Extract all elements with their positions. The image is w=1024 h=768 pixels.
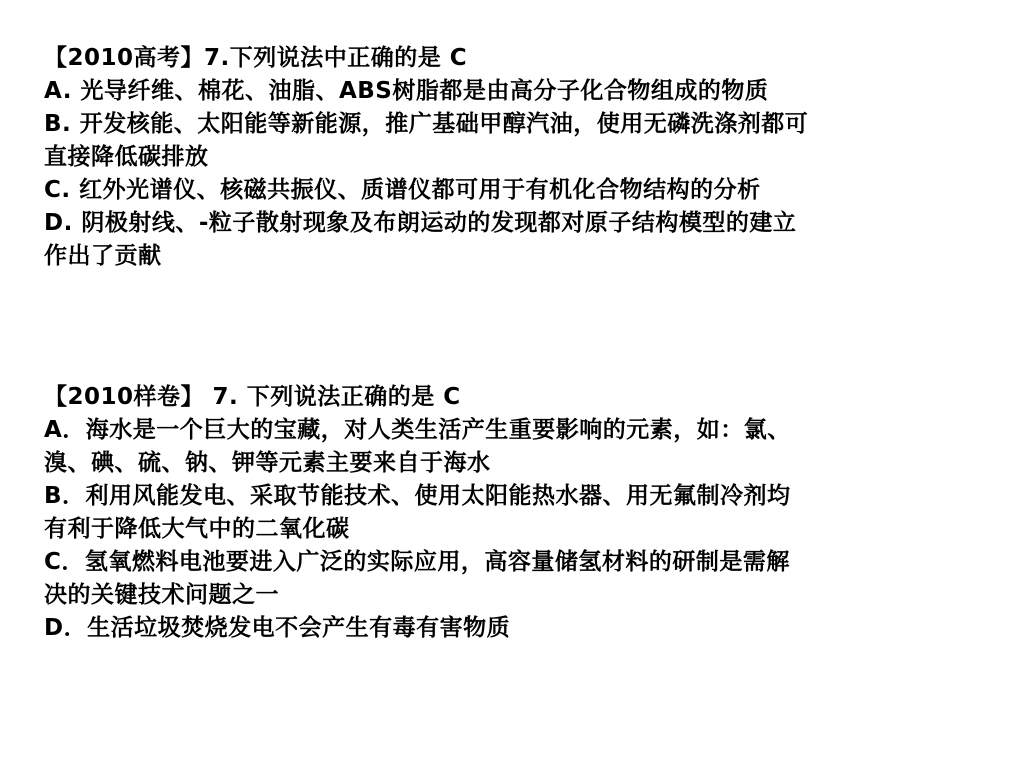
option-b-continued: 直接降低碳排放: [44, 141, 984, 174]
option-d: D. 阴极射线、-粒子散射现象及布朗运动的发现都对原子结构模型的建立: [44, 207, 984, 240]
option-b: B. 开发核能、太阳能等新能源，推广基础甲醇汽油，使用无磷洗涤剂都可: [44, 108, 984, 141]
option-a: A．海水是一个巨大的宝藏，对人类生活产生重要影响的元素，如：氯、: [44, 414, 984, 447]
question-header: 【2010样卷】 7. 下列说法正确的是 C: [44, 381, 984, 414]
option-c-continued: 决的关键技术问题之一: [44, 579, 984, 612]
option-c: C．氢氧燃料电池要进入广泛的实际应用，高容量储氢材料的研制是需解: [44, 546, 984, 579]
option-b-continued: 有利于降低大气中的二氧化碳: [44, 513, 984, 546]
option-d: D．生活垃圾焚烧发电不会产生有毒有害物质: [44, 612, 984, 645]
question-header: 【2010高考】7.下列说法中正确的是 C: [44, 42, 984, 75]
option-c: C. 红外光谱仪、核磁共振仪、质谱仪都可用于有机化合物结构的分析: [44, 174, 984, 207]
option-b: B．利用风能发电、采取节能技术、使用太阳能热水器、用无氟制冷剂均: [44, 480, 984, 513]
question-block-2010-gaokao: 【2010高考】7.下列说法中正确的是 C A. 光导纤维、棉花、油脂、ABS树…: [44, 42, 984, 273]
question-block-2010-sample: 【2010样卷】 7. 下列说法正确的是 C A．海水是一个巨大的宝藏，对人类生…: [44, 381, 984, 645]
option-d-continued: 作出了贡献: [44, 240, 984, 273]
option-a: A. 光导纤维、棉花、油脂、ABS树脂都是由高分子化合物组成的物质: [44, 75, 984, 108]
option-a-continued: 溴、碘、硫、钠、钾等元素主要来自于海水: [44, 447, 984, 480]
